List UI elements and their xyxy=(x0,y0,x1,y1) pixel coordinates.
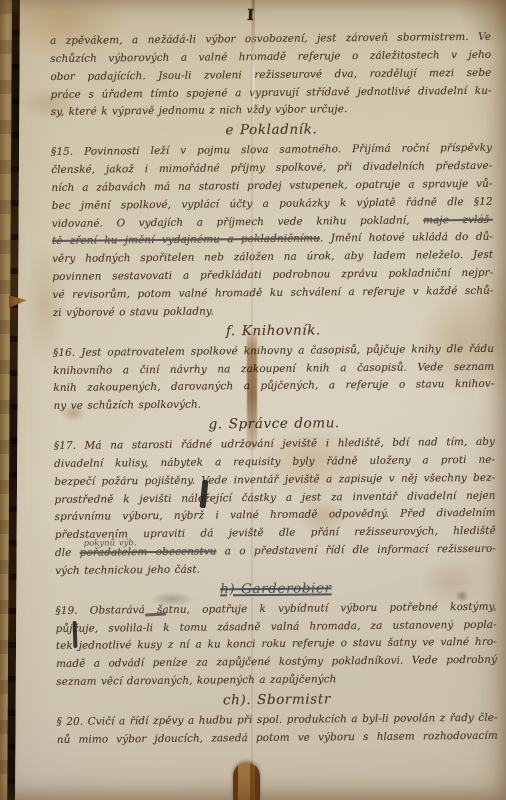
ink-text: půjčuje, svolila-li k tomu zásadně valná… xyxy=(56,618,497,634)
paragraph: §19. Obstarává šatnu, opatřuje k vybídnu… xyxy=(55,599,497,692)
ink-text: §17. Má na starosti řádné udržování jevi… xyxy=(54,436,495,452)
ink-text: členské, jakož i mimořádné příjmy spolko… xyxy=(51,160,492,176)
ink-text: a o představení řídí dle informací režis… xyxy=(216,543,496,558)
ink-text: bec jmění spolkové, vyplácí účty a pouká… xyxy=(52,196,493,212)
ink-text: seznam věcí darovaných, koupených a zapů… xyxy=(56,673,336,688)
ink-text: a zpěvákem, a nežádá-li výbor osvobození… xyxy=(50,31,491,47)
ink-text: povinnen sestavovati a předkládati podro… xyxy=(52,267,493,283)
ink-text: věry hodných spořitelen neb záložen na ú… xyxy=(52,249,493,265)
ink-text: vé revisorům, potom valné hromadě ku sch… xyxy=(52,285,493,301)
ink-text: obor padajících. Jsou-li zvoleni režisse… xyxy=(50,66,491,82)
ink-text: vidované. O vydajích a příjmech vede kni… xyxy=(52,214,423,230)
ink-text: tek jednotlivé kusy z ní a ku konci roku… xyxy=(56,636,497,652)
ink-text: knih zakoupených, darovaných a půjčených… xyxy=(53,378,494,394)
manuscript-line: nů mimo výbor jdoucích, zasedá potom ve … xyxy=(57,728,498,750)
tape-repair xyxy=(233,763,260,800)
ink-text: zi výborové o stavu pokladny. xyxy=(53,305,214,319)
paragraph: §17. Má na starosti řádné udržování jevi… xyxy=(54,434,496,581)
ink-text: správnímu výboru, nýbrž i valné hromadě … xyxy=(55,507,496,523)
paragraph: §16. Jest opatrovatelem spolkové knihovn… xyxy=(53,340,495,416)
ink-text: divadelní kulisy, nábytek a requisity by… xyxy=(54,454,495,470)
ink-text: ny ve schůzích spolkových. xyxy=(54,399,202,412)
struck-text: tě zření ku jmění vydajnému a pokladničn… xyxy=(52,233,320,248)
ink-text: sy, které k výpravě jednomu z nich vždy … xyxy=(51,104,348,119)
manuscript-text: a zpěvákem, a nežádá-li výbor osvobození… xyxy=(50,29,498,750)
ink-text: bezpečí požáru pojištěny. Vede inventář … xyxy=(54,471,495,487)
ink-text: §19. Obstarává šatnu, opatřuje k vybídnu… xyxy=(55,601,496,617)
ink-text: §16. Jest opatrovatelem spolkové knihovn… xyxy=(53,342,494,358)
manuscript-page-scan: I a zpěvákem, a nežádá-li výbor osvoboze… xyxy=(0,0,506,800)
ink-text: prostředně k jevišti náležející částky a… xyxy=(54,489,495,505)
ink-text: §15. Povinnosti leží v pojmu slova samot… xyxy=(51,142,492,158)
ink-text: knihovního a činí návrhy na zakoupení kn… xyxy=(53,360,494,376)
page-number-mark: I xyxy=(247,6,255,24)
paragraph: § 20. Cvičí a řídí zpěvy a hudbu při spo… xyxy=(57,710,498,750)
glue-seam-repair xyxy=(247,328,257,450)
paragraph: §15. Povinnosti leží v pojmu slova samot… xyxy=(51,140,494,323)
ink-text: schůzích výborových a valné hromadě refe… xyxy=(50,49,491,65)
ink-text: práce s úřadem tímto spojené a vypravují… xyxy=(51,84,492,100)
ink-text: dle xyxy=(55,547,80,559)
ink-text: . Jmění hotové ukládá do dů- xyxy=(320,231,493,245)
ink-text: madě a odvádí peníze za zapůjčené kostým… xyxy=(56,654,497,670)
struck-text: pořadatelem obecenstvu xyxy=(80,546,217,559)
paragraph: a zpěvákem, a nežádá-li výbor osvobození… xyxy=(50,29,492,122)
ink-text: nů mimo výbor jdoucích, zasedá potom ve … xyxy=(57,730,498,746)
ink-text: ních a zábavách má na starosti prodej vs… xyxy=(51,178,492,194)
ink-text: vých technickou jeho část. xyxy=(55,564,200,577)
ink-text: § 20. Cvičí a řídí zpěvy a hudbu při spo… xyxy=(57,712,498,728)
struck-text: maje zvláš- xyxy=(423,213,493,226)
